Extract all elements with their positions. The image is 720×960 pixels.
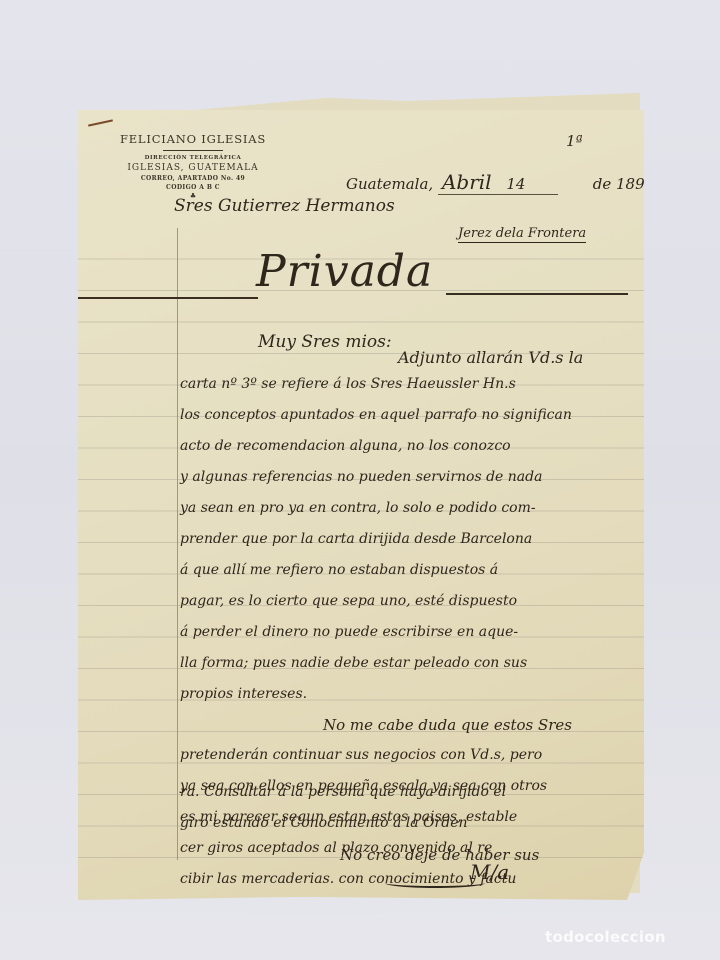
body-line: ra. Consultar á la persona que haya diri… xyxy=(180,784,506,800)
date-city: Guatemala, xyxy=(346,175,433,193)
date-day: 14 xyxy=(506,175,525,193)
body-line: ya sean en pro ya en contra, lo solo e p… xyxy=(180,500,536,516)
body-line: carta nº 3º se refiere á los Sres Haeuss… xyxy=(180,376,516,392)
body-line: No me cabe duda que estos Sres xyxy=(323,716,572,734)
body-line: acto de recomendacion alguna, no los con… xyxy=(180,438,511,454)
letterhead-name: FELICIANO IGLESIAS xyxy=(108,132,278,146)
addressee-location: Jerez dela Frontera xyxy=(458,226,586,243)
letter-sheet: FELICIANO IGLESIAS DIRECCIÓN TELEGRÁFICA… xyxy=(78,110,644,900)
letterhead: FELICIANO IGLESIAS DIRECCIÓN TELEGRÁFICA… xyxy=(108,132,278,200)
body-line: á que allí me refiero no estaban dispues… xyxy=(180,562,498,578)
letterhead-code: CODIGO A B C xyxy=(108,184,278,191)
body-line: á perder el dinero no puede escribirse e… xyxy=(180,624,518,640)
heading-rule-left xyxy=(78,297,258,299)
body-line: propios intereses. xyxy=(180,686,307,702)
body-line: Adjunto allarán Vd.s la xyxy=(398,348,583,367)
addressee: Sres Gutierrez Hermanos xyxy=(174,196,395,216)
body-line: pretenderán continuar sus negocios con V… xyxy=(180,747,542,763)
ink-mark xyxy=(88,119,113,126)
body-line: los conceptos apuntados en aquel parrafo… xyxy=(180,407,572,423)
body-line: y algunas referencias no pueden servirno… xyxy=(180,469,542,485)
salutation: Muy Sres mios: xyxy=(258,332,392,352)
watermark: todocoleccion xyxy=(545,928,666,946)
body-line: giro estando el Conocimiento á la Orden xyxy=(180,815,468,831)
letterhead-postal: CORREO, APARTADO No. 49 xyxy=(108,175,278,182)
date-line: Guatemala, Abril 14 de 1899 xyxy=(346,170,654,195)
body-line: prender que por la carta dirijida desde … xyxy=(180,531,532,547)
heading-privada: Privada xyxy=(256,246,433,297)
body-line: No creo deje de haber sus xyxy=(340,846,539,864)
body-line: lla forma; pues nadie debe estar peleado… xyxy=(180,655,527,671)
letterhead-divider xyxy=(163,150,223,151)
margin-rule xyxy=(177,228,178,860)
body-line: pagar, es lo cierto que sepa uno, esté d… xyxy=(180,593,517,609)
date-de: de xyxy=(593,175,611,193)
date-month: Abril xyxy=(442,170,492,194)
letterhead-telegraph-address: IGLESIAS, GUATEMALA xyxy=(108,163,278,173)
letterhead-telegraph-label: DIRECCIÓN TELEGRÁFICA xyxy=(108,155,278,161)
page-number: 1ª xyxy=(566,132,583,150)
date-year: 1899 xyxy=(616,175,654,193)
signature-flourish xyxy=(385,878,485,888)
heading-rule-right xyxy=(446,293,628,295)
